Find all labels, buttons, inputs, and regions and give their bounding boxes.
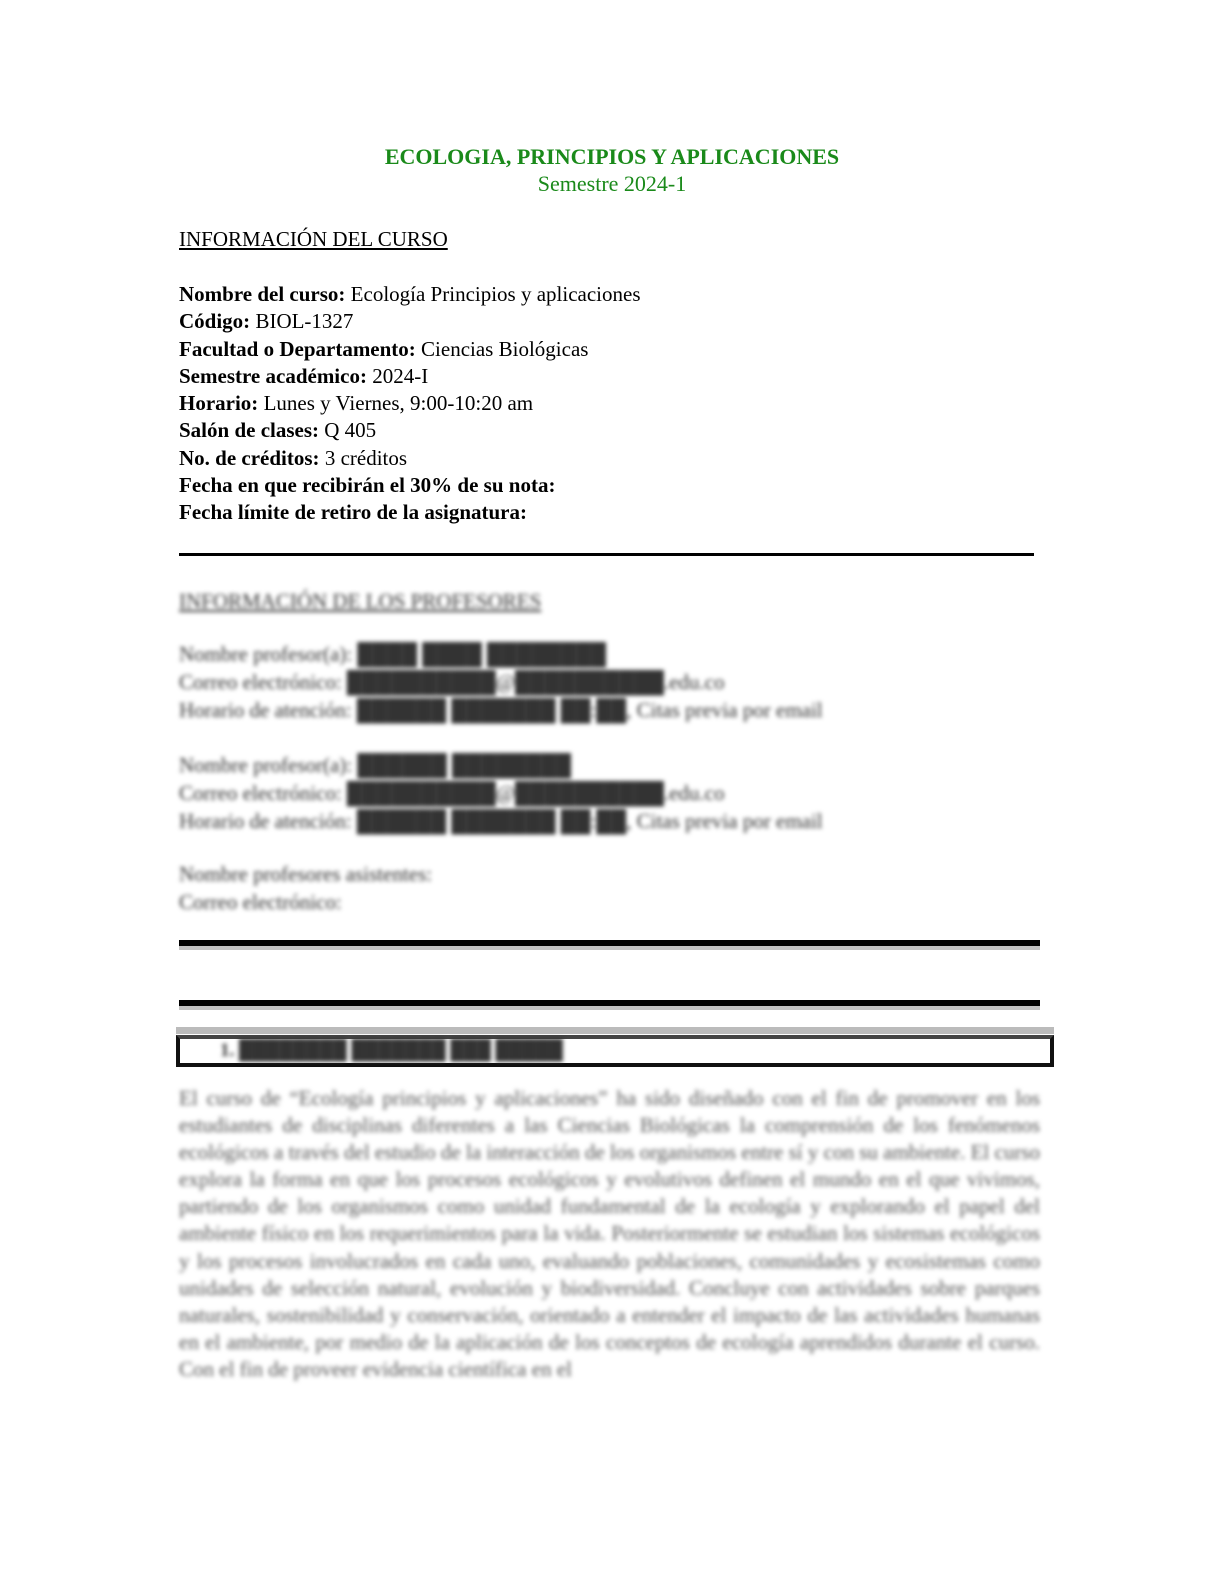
section-1-header: 1. ████████ ███████ ███ █████ <box>176 1035 1054 1067</box>
professor-email: Correo electrónico: ██████████@█████████… <box>179 668 823 696</box>
info-row-grade-date: Fecha en que recibirán el 30% de su nota… <box>179 472 641 499</box>
info-row-credits: No. de créditos: 3 créditos <box>179 445 641 472</box>
section-1-body: El curso de “Ecología principios y aplic… <box>179 1085 1040 1383</box>
course-info-list: Nombre del curso: Ecología Principios y … <box>179 281 641 527</box>
professor-email: Correo electrónico: ██████████@█████████… <box>179 779 823 807</box>
info-label: Horario: <box>179 391 258 415</box>
info-value: 3 créditos <box>325 446 407 470</box>
info-row-semester: Semestre académico: 2024-I <box>179 363 641 390</box>
info-label: Salón de clases: <box>179 418 319 442</box>
info-row-schedule: Horario: Lunes y Viernes, 9:00-10:20 am <box>179 390 641 417</box>
info-label: Nombre del curso: <box>179 282 345 306</box>
professors-heading: INFORMACIÓN DE LOS PROFESORES <box>179 588 541 614</box>
info-value: 2024-I <box>372 364 428 388</box>
info-label: Fecha en que recibirán el 30% de su nota… <box>179 473 555 497</box>
professor-office-hours: Horario de atención: ██████ ███████ ██:█… <box>179 807 823 835</box>
info-row-classroom: Salón de clases: Q 405 <box>179 417 641 444</box>
document-title: ECOLOGIA, PRINCIPIOS Y APLICACIONES <box>0 144 1224 170</box>
divider <box>179 553 1034 556</box>
section-1-title: 1. ████████ ███████ ███ █████ <box>220 1040 563 1062</box>
document-page: ECOLOGIA, PRINCIPIOS Y APLICACIONES Seme… <box>0 0 1224 1584</box>
document-subtitle: Semestre 2024-1 <box>0 171 1224 197</box>
info-value: Lunes y Viernes, 9:00-10:20 am <box>264 391 534 415</box>
assistants-block: Nombre profesores asistentes: Correo ele… <box>179 860 432 916</box>
info-label: Facultad o Departamento: <box>179 337 416 361</box>
info-value: Ecología Principios y aplicaciones <box>351 282 641 306</box>
professor-name: Nombre profesor(a): ████ ████ ████████ <box>179 640 823 668</box>
info-row-course-name: Nombre del curso: Ecología Principios y … <box>179 281 641 308</box>
info-label: Código: <box>179 309 250 333</box>
info-label: Semestre académico: <box>179 364 367 388</box>
professor-block: Nombre profesor(a): ████ ████ ████████ C… <box>179 640 823 724</box>
info-value: BIOL-1327 <box>255 309 353 333</box>
info-row-code: Código: BIOL-1327 <box>179 308 641 335</box>
professor-name: Nombre profesor(a): ██████ ████████ <box>179 751 823 779</box>
info-row-department: Facultad o Departamento: Ciencias Biológ… <box>179 336 641 363</box>
info-row-withdrawal-date: Fecha límite de retiro de la asignatura: <box>179 499 641 526</box>
info-value: Ciencias Biológicas <box>421 337 588 361</box>
section-box-shadow <box>176 1027 1054 1034</box>
professor-block: Nombre profesor(a): ██████ ████████ Corr… <box>179 751 823 835</box>
info-label: No. de créditos: <box>179 446 320 470</box>
info-value: Q 405 <box>324 418 376 442</box>
course-info-heading: INFORMACIÓN DEL CURSO <box>179 226 448 252</box>
divider-thick <box>179 1000 1040 1006</box>
assistants-email: Correo electrónico: <box>179 888 432 916</box>
info-label: Fecha límite de retiro de la asignatura: <box>179 500 527 524</box>
assistants-name: Nombre profesores asistentes: <box>179 860 432 888</box>
professor-office-hours: Horario de atención: ██████ ███████ ██:█… <box>179 696 823 724</box>
divider-thick <box>179 940 1040 946</box>
